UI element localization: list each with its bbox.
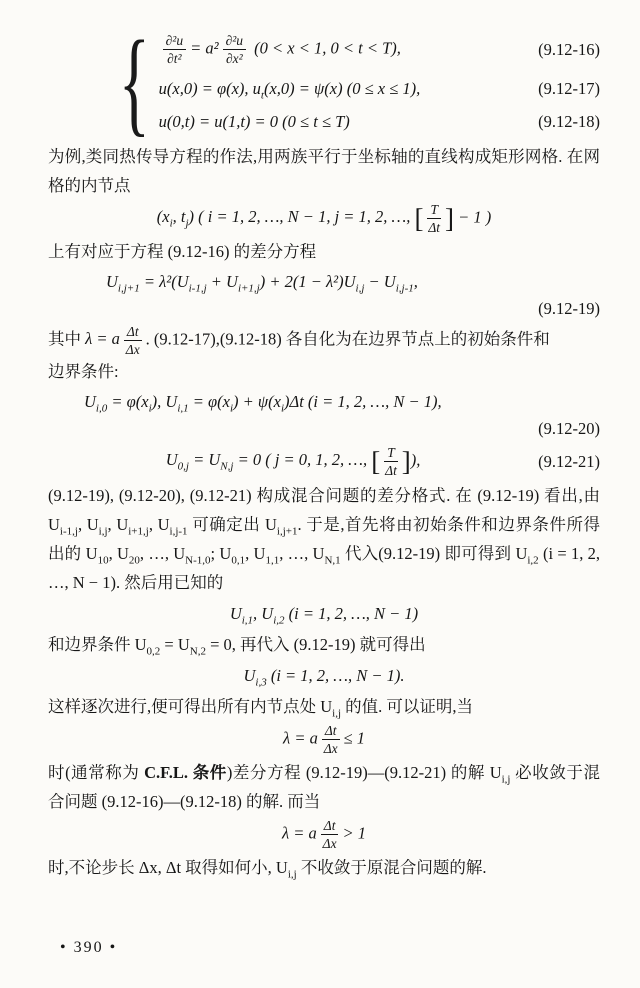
bracket-close: ] <box>402 447 411 477</box>
boundary-conditions-label: 边界条件: <box>48 357 600 386</box>
fraction-dt-dx: ΔtΔx <box>124 324 142 357</box>
page-number: • 390 • <box>60 933 117 962</box>
equation-17-body: u(x,0) = φ(x), ut(x,0) = ψ(x) (0 ≤ x ≤ 1… <box>159 74 539 103</box>
equation-17-number: (9.12-17) <box>538 74 600 103</box>
equation-18-body: u(0,t) = u(1,t) = 0 (0 ≤ t ≤ T) <box>159 107 539 136</box>
equation-19-number: (9.12-19) <box>48 296 600 322</box>
fraction-dt-dx: ΔtΔx <box>321 818 339 851</box>
bracket-open: [ <box>371 447 380 477</box>
paragraph-lambda: 其中 λ = aΔtΔx. (9.12-17),(9.12-18) 各自化为在边… <box>48 324 600 357</box>
display-ui3: Ui,3 (i = 1, 2, …, N − 1). <box>48 661 600 690</box>
equation-system: { ∂²u∂t²= a²∂²u∂x² (0 < x < 1, 0 < t < T… <box>106 26 600 138</box>
paragraph-difference-intro: 上有对应于方程 (9.12-16) 的差分方程 <box>48 237 600 266</box>
paragraph-intro: 为例,类同热传导方程的作法,用两族平行于坐标轴的直线构成矩形网格. 在网格的内节… <box>48 142 600 200</box>
cfl-condition-term: C.F.L. 条件 <box>144 763 227 782</box>
paragraph-cfl: 时(通常称为 C.F.L. 条件)差分方程 (9.12-19)—(9.12-21… <box>48 758 600 816</box>
paragraph-scheme: (9.12-19), (9.12-20), (9.12-21) 构成混合问题的差… <box>48 481 600 597</box>
equation-21-body: U0,j = UN,j = 0 ( j = 0, 1, 2, …, [TΔt])… <box>48 445 538 478</box>
equation-18-number: (9.12-18) <box>538 107 600 136</box>
equation-20-number: (9.12-20) <box>48 416 600 442</box>
equation-21-number: (9.12-21) <box>538 447 600 476</box>
fraction-dudx: ∂²u∂x² <box>223 33 246 66</box>
equation-18: u(0,t) = u(1,t) = 0 (0 ≤ t ≤ T) (9.12-18… <box>159 105 600 138</box>
system-rows: ∂²u∂t²= a²∂²u∂x² (0 < x < 1, 0 < t < T),… <box>159 26 600 138</box>
curly-brace: { <box>119 27 150 137</box>
equation-21: U0,j = UN,j = 0 ( j = 0, 1, 2, …, [TΔt])… <box>48 445 600 478</box>
fraction-dt-dx: ΔtΔx <box>322 723 340 756</box>
equation-17: u(x,0) = φ(x), ut(x,0) = ψ(x) (0 ≤ x ≤ 1… <box>159 72 600 105</box>
bracket-open: [ <box>414 204 423 234</box>
paragraph-divergence: 时,不论步长 Δx, Δt 取得如何小, Ui,j 不收敛于原混合问题的解. <box>48 853 600 882</box>
paragraph-boundary-2: 和边界条件 U0,2 = UN,2 = 0, 再代入 (9.12-19) 就可得… <box>48 630 600 659</box>
equation-16-condition: (0 < x < 1, 0 < t < T), <box>254 38 401 57</box>
equation-16-number: (9.12-16) <box>538 35 600 64</box>
bracket-close: ] <box>445 204 454 234</box>
book-page: { ∂²u∂t²= a²∂²u∂x² (0 < x < 1, 0 < t < T… <box>0 0 640 988</box>
equation-16: ∂²u∂t²= a²∂²u∂x² (0 < x < 1, 0 < t < T),… <box>159 26 600 72</box>
equation-20-body: Ui,0 = φ(xi), Ui,1 = φ(xi) + ψ(xi)Δt (i … <box>84 387 600 416</box>
node-coordinates-formula: (xi, tj) ( i = 1, 2, …, N − 1, j = 1, 2,… <box>48 202 600 235</box>
equation-19-body: Ui,j+1 = λ²(Ui-1,j + Ui+1,j) + 2(1 − λ²)… <box>106 267 600 296</box>
cfl-inequality-1: λ = aΔtΔx≤ 1 <box>48 723 600 756</box>
fraction-T-dt: TΔt <box>384 445 398 478</box>
lambda-definition: λ = aΔtΔx <box>85 329 145 348</box>
fraction-T-dt: TΔt <box>427 202 441 235</box>
paragraph-iterate: 这样逐次进行,便可得出所有内节点处 Ui,j 的值. 可以证明,当 <box>48 692 600 721</box>
fraction-dudt: ∂²u∂t² <box>163 33 186 66</box>
display-known-values: Ui,1, Ui,2 (i = 1, 2, …, N − 1) <box>48 599 600 628</box>
cfl-inequality-2: λ = aΔtΔx> 1 <box>48 818 600 851</box>
equation-16-body: ∂²u∂t²= a²∂²u∂x² (0 < x < 1, 0 < t < T), <box>159 33 539 66</box>
